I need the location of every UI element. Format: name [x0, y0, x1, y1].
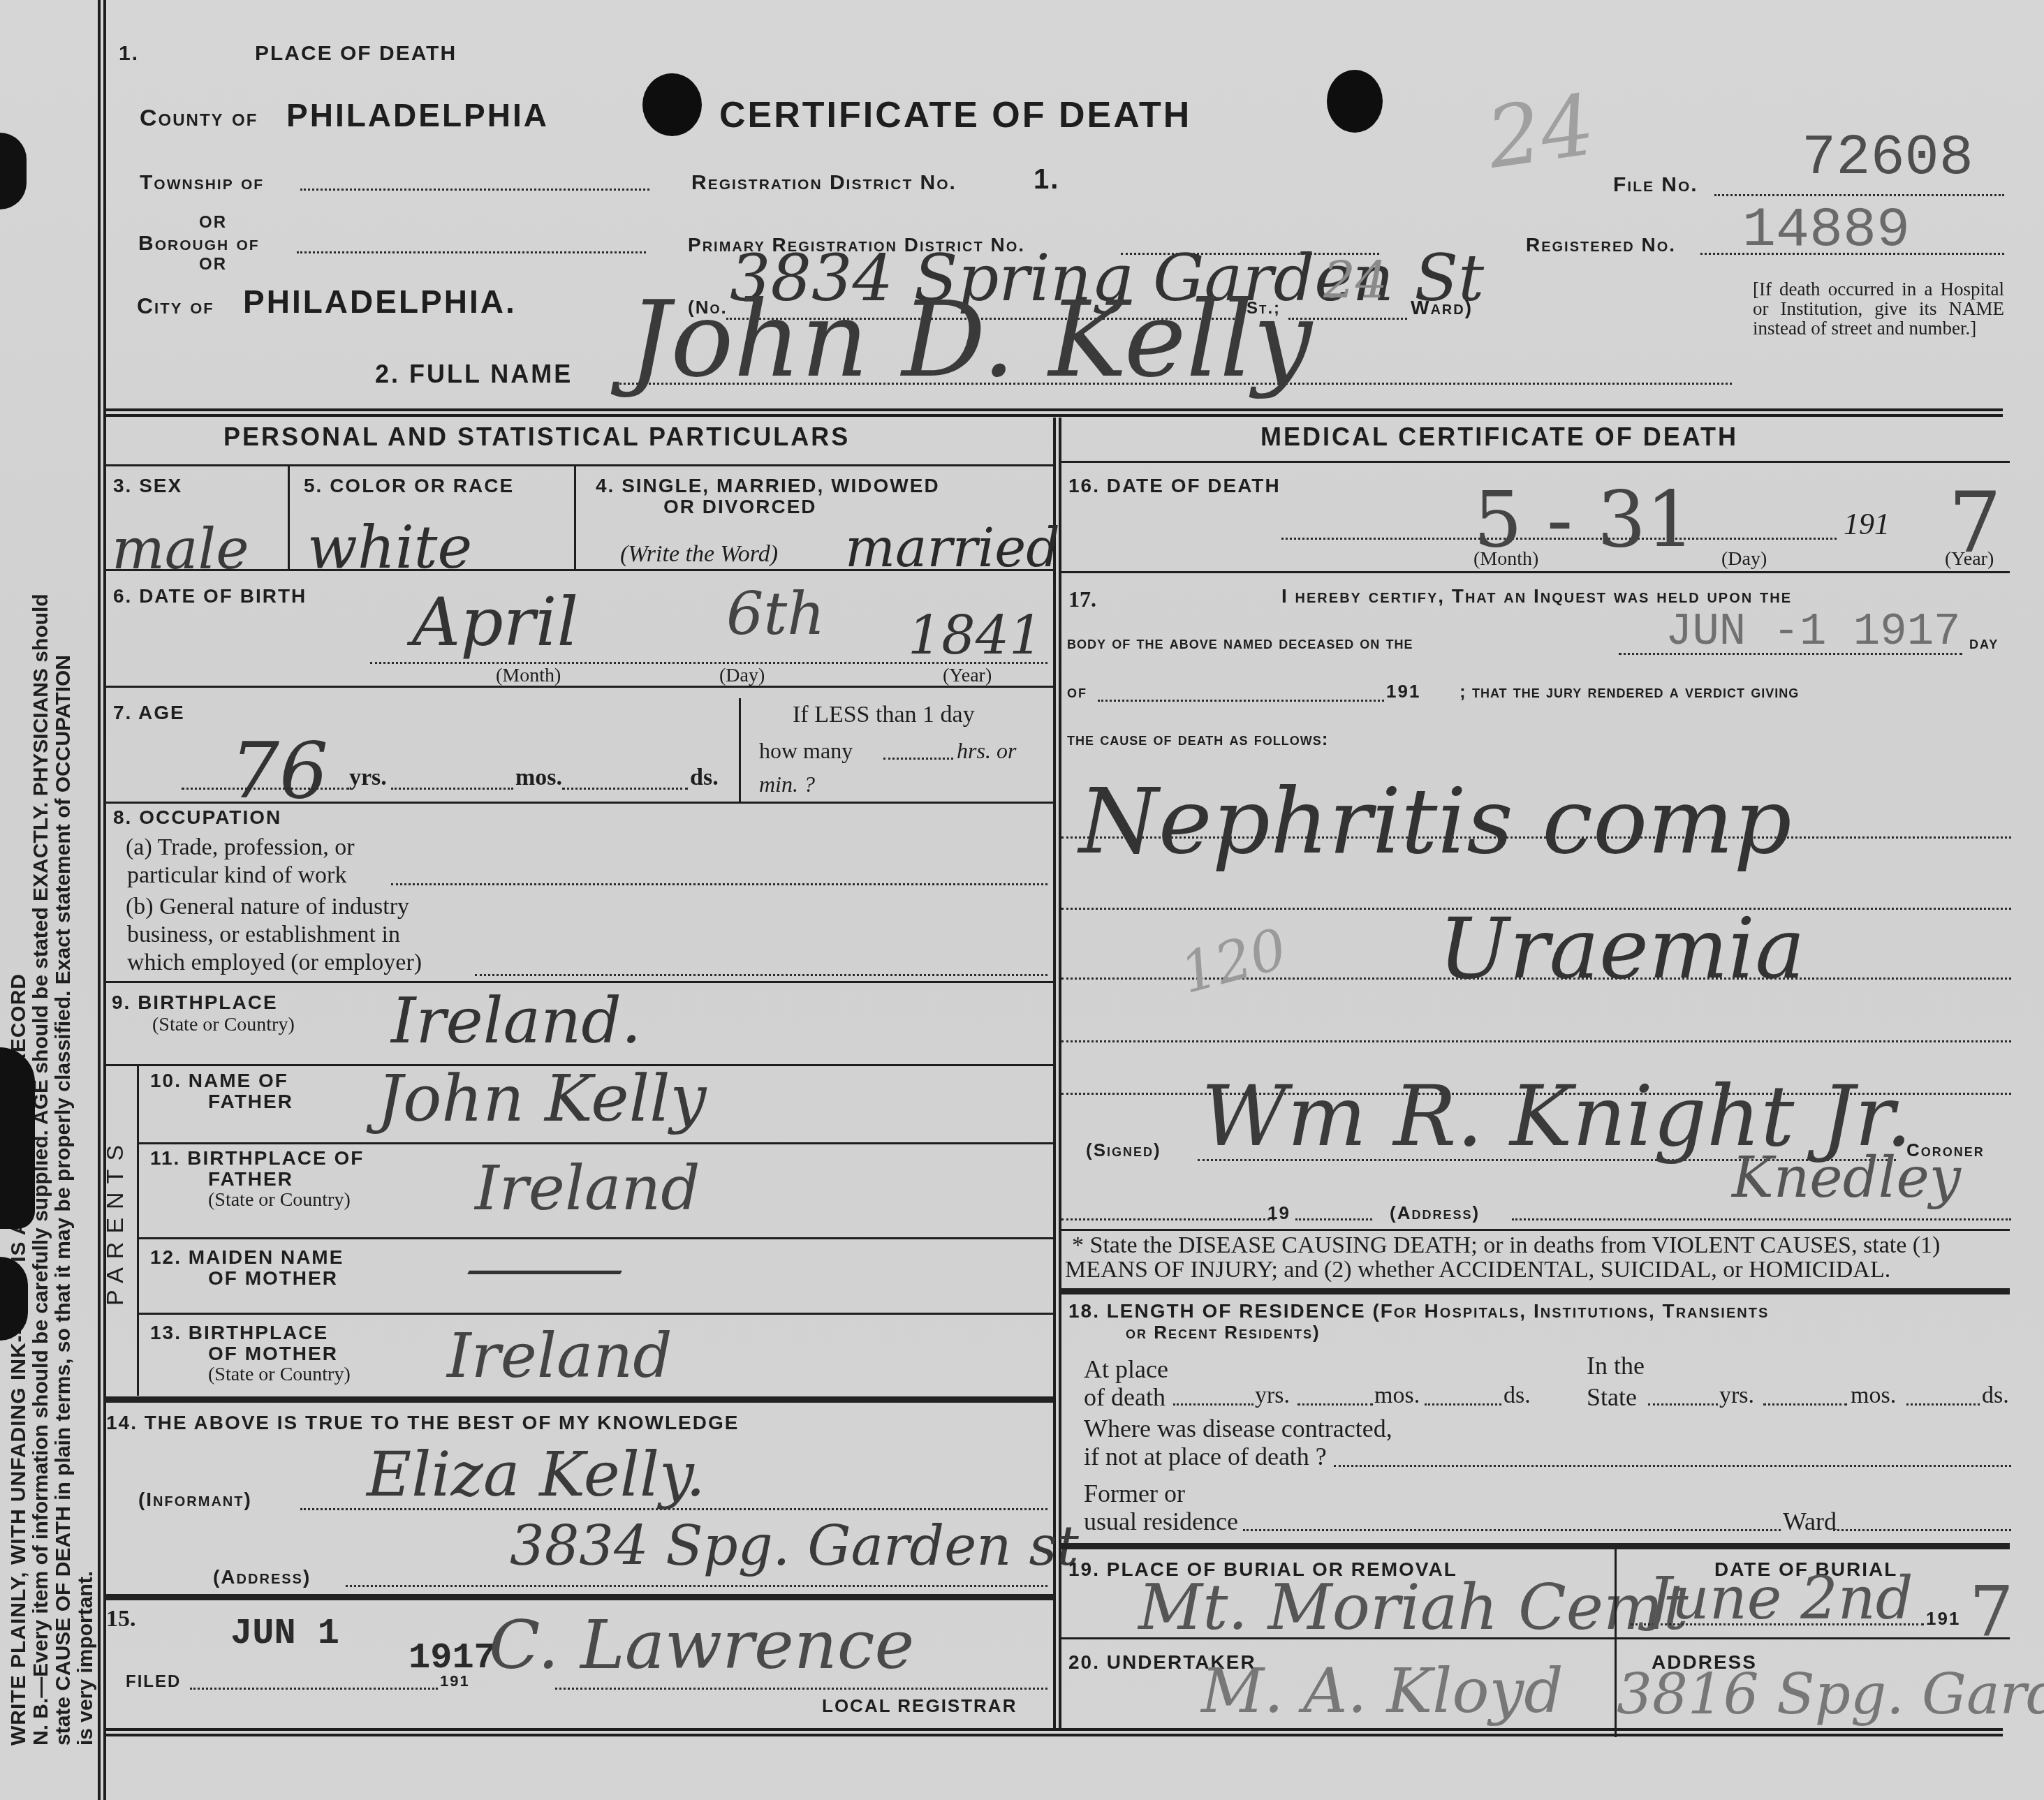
place-years-field[interactable] [1173, 1403, 1253, 1406]
certificate-title: CERTIFICATE OF DEATH [719, 94, 1191, 136]
place-days-field[interactable] [1425, 1403, 1501, 1406]
punch-hole [642, 73, 702, 136]
registrar-field[interactable] [555, 1688, 1047, 1690]
divider [103, 981, 1053, 983]
registration-district-label: Registration District No. [691, 171, 957, 195]
cause-line-field[interactable] [1061, 1040, 2011, 1042]
cause-of-death-line-2: Uraemia [1439, 901, 1805, 998]
former-ward-field[interactable] [1833, 1529, 2011, 1531]
footnote-line-2: MEANS OF INJURY; and (2) whether ACCIDEN… [1065, 1257, 1890, 1283]
left-border [98, 0, 106, 1800]
divider [1060, 1288, 2010, 1294]
burial-191: 191 [1926, 1608, 1960, 1630]
nineteen-label: 19 [1267, 1202, 1291, 1224]
month-caption: (Month) [496, 665, 561, 687]
mother-maiden-value: — [461, 1236, 628, 1301]
state-mos-label: mos. [1851, 1382, 1896, 1409]
paper-tear [0, 1047, 35, 1229]
state-yrs-label: yrs. [1719, 1382, 1754, 1409]
marital-label-1: 4. SINGLE, MARRIED, WIDOWED [596, 475, 940, 497]
hrs-or-label: hrs. or [957, 738, 1016, 764]
borough-label: Borough of [138, 232, 260, 256]
registration-district-value: 1. [1034, 164, 1059, 196]
former-residence-field[interactable] [1243, 1529, 1781, 1531]
or-label: OR [199, 255, 227, 274]
full-name-value: John D. Kelly [628, 279, 1312, 401]
divider [1060, 461, 2010, 463]
borough-field[interactable] [297, 251, 646, 253]
item-17-number: 17. [1068, 587, 1096, 612]
dod-191: 191 [1844, 506, 1890, 542]
age-days-field[interactable] [562, 788, 688, 790]
occupation-b-line-1: (b) General nature of industry [126, 894, 409, 920]
birthplace-value: Ireland. [391, 984, 641, 1058]
divider [137, 1142, 1053, 1144]
divider [103, 464, 1053, 466]
mother-birthplace-label-1: 13. BIRTHPLACE [150, 1322, 328, 1344]
former-line-2: usual residence [1084, 1507, 1238, 1536]
township-label: Township of [140, 171, 264, 195]
bottom-border [103, 1728, 2003, 1736]
medical-section-title: MEDICAL CERTIFICATE OF DEATH [1260, 422, 1738, 452]
divider [137, 1064, 139, 1396]
burial-date-value: June 2nd [1648, 1564, 1913, 1632]
occupation-label: 8. OCCUPATION [113, 806, 281, 829]
certify-line-1: I hereby certify, That an Inquest was he… [1281, 585, 1792, 607]
age-label: 7. AGE [113, 702, 185, 724]
divider [1060, 1543, 2010, 1549]
dod-year-caption: (Year) [1945, 548, 1994, 570]
residence-label-1: 18. LENGTH OF RESIDENCE (For Hospitals, … [1068, 1300, 1769, 1322]
place-ds-label: ds. [1503, 1382, 1531, 1409]
marital-hint: (Write the Word) [620, 541, 778, 568]
informant-address-label: (Address) [213, 1566, 311, 1588]
of-death-label: of death [1084, 1382, 1166, 1412]
age-years-field[interactable] [182, 788, 349, 790]
day-label: day [1969, 632, 1999, 654]
divider [103, 1396, 1053, 1403]
place-months-field[interactable] [1297, 1403, 1373, 1406]
signed-label: (Signed) [1086, 1139, 1161, 1161]
city-label: City of [137, 293, 214, 319]
coroner-year-field[interactable] [1295, 1218, 1372, 1220]
divider [288, 464, 290, 569]
certify-line-4: the cause of death as follows: [1067, 728, 1328, 750]
local-registrar-label: LOCAL REGISTRAR [822, 1695, 1017, 1717]
divider [574, 464, 576, 569]
burial-year-digit: 7 [1969, 1571, 2014, 1653]
occupation-trade-field[interactable] [391, 883, 1047, 885]
full-name-label: 2. FULL NAME [375, 360, 573, 389]
in-the-label: In the [1587, 1351, 1645, 1380]
occupation-b-line-3: which employed (or employer) [127, 950, 422, 976]
state-label: State [1587, 1382, 1637, 1412]
ward-value: 24 [1323, 251, 1388, 310]
registrar-signature: C. Lawrence [489, 1606, 914, 1684]
occupation-a-line-1: (a) Trade, profession, or [126, 834, 355, 861]
burial-place-value: Mt. Moriah Cemt [1138, 1571, 1689, 1644]
inquest-month-field[interactable] [1098, 700, 1384, 702]
divider [739, 698, 741, 802]
coroner-address-label: (Address) [1390, 1202, 1480, 1224]
birthplace-sublabel: (State or Country) [152, 1014, 295, 1036]
hospital-note: [If death occurred in a Hospital or Inst… [1753, 279, 2004, 338]
footnote-line-1: * State the DISEASE CAUSING DEATH; or in… [1072, 1232, 1940, 1259]
certify-of: of [1067, 681, 1087, 702]
informant-address-field[interactable] [346, 1585, 1047, 1587]
place-of-death-label: PLACE OF DEATH [255, 42, 457, 66]
place-mos-label: mos. [1374, 1382, 1420, 1409]
dob-day: 6th [726, 580, 825, 648]
yrs-label: yrs. [349, 765, 387, 791]
filed-date-field[interactable] [190, 1688, 438, 1690]
mother-birthplace-label-2: OF MOTHER [208, 1343, 338, 1365]
mother-birthplace-value: Ireland [447, 1320, 672, 1392]
dod-day-caption: (Day) [1721, 548, 1767, 570]
birthplace-label: 9. BIRTHPLACE [112, 991, 278, 1014]
informant-value: Eliza Kelly. [367, 1438, 705, 1510]
margin-instruction-4: is very important. [74, 1571, 98, 1746]
father-name-label-2: FATHER [208, 1091, 293, 1113]
file-no-label: File No. [1613, 173, 1698, 197]
informant-address-value: 3834 Spg. Garden st [510, 1515, 1079, 1578]
cause-of-death-line-1: Nephritis comp [1079, 768, 1792, 874]
mos-label: mos. [515, 765, 562, 791]
sex-value: male [112, 517, 249, 582]
file-no-field[interactable] [1714, 194, 2004, 196]
hours-field[interactable] [883, 758, 953, 760]
marital-label-2: OR DIVORCED [663, 496, 817, 518]
registered-no-label: Registered No. [1526, 234, 1676, 256]
undertaker-value: M. A. Kloyd [1201, 1655, 1563, 1727]
county-label: County of [140, 105, 258, 132]
city-value: PHILADELPHIA. [243, 283, 517, 320]
personal-section-title: PERSONAL AND STATISTICAL PARTICULARS [223, 422, 850, 452]
occupation-b-line-2: business, or establishment in [127, 922, 400, 948]
father-birthplace-label-2: FATHER [208, 1168, 293, 1190]
year-caption: (Year) [943, 665, 992, 687]
undertaker-address-value: 3816 Spg. Garden st. [1617, 1662, 2044, 1727]
ward-label: Ward) [1411, 297, 1473, 319]
less-than-line-1: If LESS than 1 day [793, 702, 975, 728]
day-caption: (Day) [719, 665, 765, 687]
place-yrs-label: yrs. [1255, 1382, 1290, 1409]
contracted-field[interactable] [1334, 1465, 2011, 1467]
certify-line-3: ; that the jury rendered a verdict givin… [1460, 681, 1799, 702]
filed-label: FILED [126, 1672, 181, 1692]
divider [103, 686, 1053, 688]
age-months-field[interactable] [391, 788, 513, 790]
contracted-line-2: if not at place of death ? [1084, 1442, 1327, 1471]
state-ds-label: ds. [1982, 1382, 2009, 1409]
dob-month: April [412, 583, 578, 661]
coroner-address-field[interactable] [1512, 1218, 2011, 1220]
registered-no-value: 14889 [1742, 199, 1910, 263]
certify-191: 191 [1386, 681, 1420, 702]
occupation-a-line-2: particular kind of work [127, 862, 346, 889]
dob-year: 1841 [908, 604, 1043, 666]
item-number-1: 1. [119, 42, 139, 66]
dod-month-caption: (Month) [1473, 548, 1538, 570]
min-label: min. ? [759, 772, 815, 797]
father-name-value: John Kelly [377, 1061, 707, 1136]
divider [137, 1313, 1053, 1315]
header-divider [103, 408, 2003, 417]
divider [1060, 1229, 2010, 1231]
former-ward-label: Ward [1783, 1507, 1837, 1536]
township-field[interactable] [300, 189, 649, 191]
race-label: 5. COLOR OR RACE [304, 475, 514, 497]
contracted-line-1: Where was disease contracted, [1084, 1414, 1392, 1443]
residence-label-2: or Recent Residents) [1126, 1322, 1321, 1343]
coroner-label: Coroner [1906, 1139, 1985, 1161]
informant-label: (Informant) [138, 1489, 252, 1511]
divider [1060, 571, 2010, 573]
date-of-death-label: 16. DATE OF DEATH [1068, 475, 1281, 497]
divider [1060, 1637, 2010, 1639]
inquest-date-stamp: JUN -1 1917 [1666, 607, 1960, 658]
punch-hole [1327, 70, 1383, 133]
race-value: white [307, 513, 472, 582]
divider [103, 802, 1053, 804]
mother-maiden-label-2: OF MOTHER [208, 1267, 338, 1290]
state-months-field[interactable] [1763, 1403, 1847, 1406]
filed-stamp: JUN 1 [230, 1613, 339, 1654]
father-birthplace-label-1: 11. BIRTHPLACE OF [150, 1147, 364, 1170]
state-years-field[interactable] [1648, 1403, 1718, 1406]
father-birthplace-value: Ireland [475, 1152, 700, 1224]
ds-label: ds. [690, 765, 719, 791]
file-no-value: 72608 [1802, 126, 1973, 191]
at-place-label: At place [1084, 1355, 1168, 1384]
father-name-label-1: 10. NAME OF [150, 1070, 288, 1092]
mother-maiden-label-1: 12. MAIDEN NAME [150, 1246, 344, 1269]
occupation-industry-field[interactable] [475, 974, 1047, 976]
former-line-1: Former or [1084, 1479, 1185, 1508]
state-days-field[interactable] [1906, 1403, 1980, 1406]
item-15-number: 15. [106, 1606, 136, 1632]
parents-side-label: PARENTS [102, 1137, 129, 1306]
less-than-line-2: how many [759, 738, 853, 764]
mother-birthplace-sublabel: (State or Country) [208, 1364, 351, 1386]
certify-line-2: body of the above named deceased on the [1067, 632, 1413, 654]
sex-label: 3. SEX [113, 475, 182, 497]
county-value: PHILADELPHIA [286, 96, 549, 134]
or-label: OR [199, 213, 227, 233]
coroner-date-field[interactable] [1061, 1218, 1274, 1220]
filed-191: 191 [440, 1672, 470, 1690]
divider [103, 569, 1053, 571]
true-statement-label: 14. THE ABOVE IS TRUE TO THE BEST OF MY … [106, 1412, 739, 1434]
divider [103, 1594, 1053, 1600]
dob-label: 6. DATE OF BIRTH [113, 585, 307, 607]
father-birthplace-sublabel: (State or Country) [208, 1189, 351, 1211]
margin-instruction-3: state CAUSE OF DEATH in plain terms, so … [52, 655, 75, 1746]
pencil-note: 24 [1481, 77, 1601, 188]
